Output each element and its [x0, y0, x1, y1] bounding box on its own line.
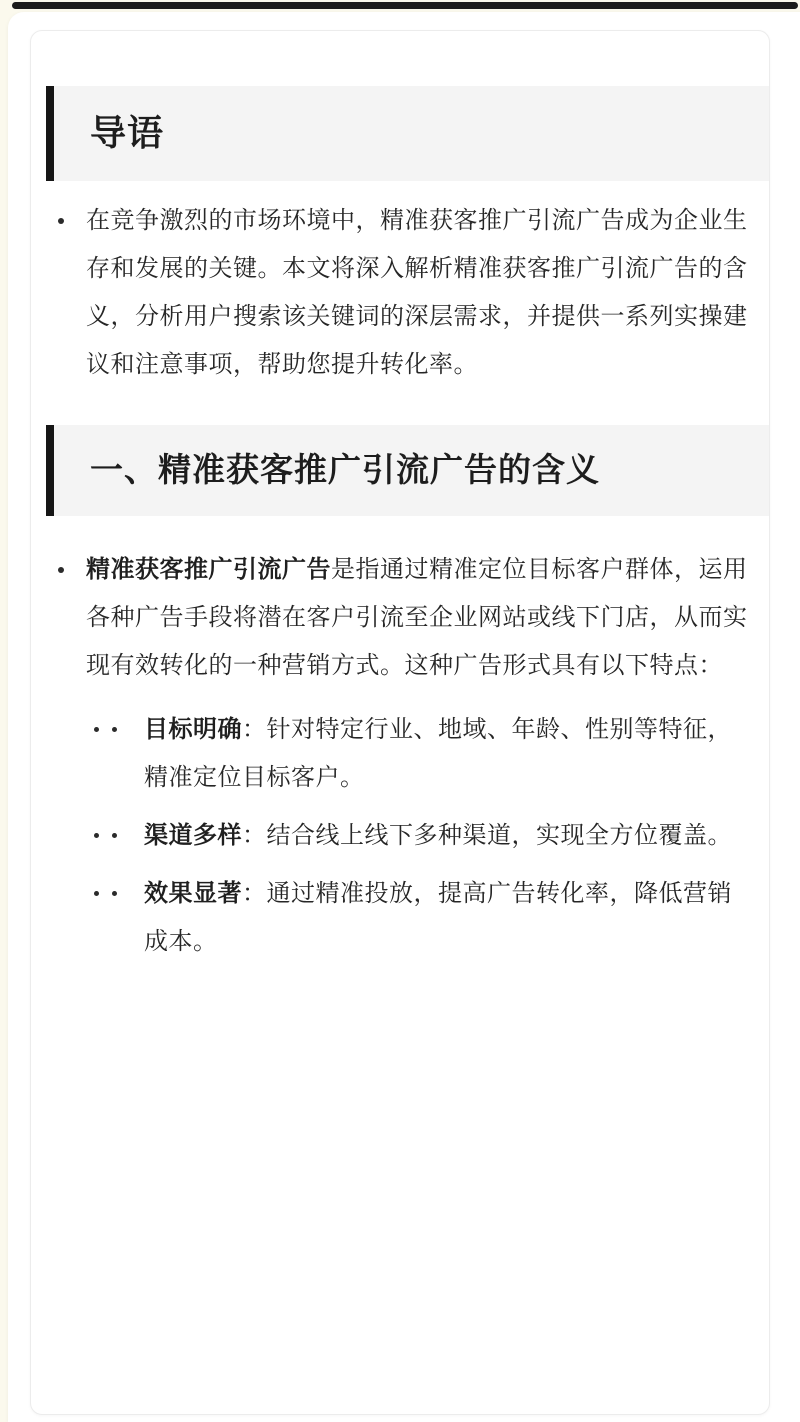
- list-item-channels: 渠道多样：结合线上线下多种渠道，实现全方位覆盖。: [94, 812, 751, 860]
- list-item-target-term: 目标明确: [144, 716, 242, 743]
- list-item-results: 效果显著：通过精准投放，提高广告转化率，降低营销成本。: [94, 870, 751, 966]
- bullet-icon: [58, 567, 64, 573]
- list-item-channels-term: 渠道多样: [144, 822, 242, 849]
- section-heading-meaning-title: 一、精准获客推广引流广告的含义: [90, 449, 600, 492]
- list-item-results-term: 效果显著: [144, 880, 242, 907]
- double-bullet-icon: [94, 727, 144, 802]
- list-item-target: 目标明确：针对特定行业、地域、年龄、性别等特征，精准定位目标客户。: [94, 706, 751, 802]
- meaning-paragraph-bold-lead: 精准获客推广引流广告: [86, 556, 331, 583]
- list-item-channels-text: 渠道多样：结合线上线下多种渠道，实现全方位覆盖。: [144, 812, 732, 860]
- list-item-channels-desc: ：结合线上线下多种渠道，实现全方位覆盖。: [242, 822, 732, 849]
- list-item-results-text: 效果显著：通过精准投放，提高广告转化率，降低营销成本。: [144, 870, 751, 966]
- double-bullet-icon: [94, 833, 144, 860]
- section-heading-meaning: 一、精准获客推广引流广告的含义: [46, 425, 769, 516]
- double-bullet-icon: [94, 891, 144, 966]
- bullet-icon: [58, 218, 64, 224]
- list-item-target-text: 目标明确：针对特定行业、地域、年龄、性别等特征，精准定位目标客户。: [144, 706, 751, 802]
- intro-paragraph-text: 在竞争激烈的市场环境中，精准获客推广引流广告成为企业生存和发展的关键。本文将深入…: [86, 197, 751, 389]
- meaning-paragraph: 精准获客推广引流广告是指通过精准定位目标客户群体，运用各种广告手段将潜在客户引流…: [56, 546, 751, 690]
- top-divider-bar: [12, 2, 798, 9]
- page-card: 导语 在竞争激烈的市场环境中，精准获客推广引流广告成为企业生存和发展的关键。本文…: [8, 12, 800, 1422]
- intro-paragraph: 在竞争激烈的市场环境中，精准获客推广引流广告成为企业生存和发展的关键。本文将深入…: [56, 197, 751, 389]
- section-heading-intro-title: 导语: [90, 110, 164, 157]
- feature-list: 目标明确：针对特定行业、地域、年龄、性别等特征，精准定位目标客户。 渠道多样：结…: [94, 706, 751, 966]
- meaning-paragraph-text: 精准获客推广引流广告是指通过精准定位目标客户群体，运用各种广告手段将潜在客户引流…: [86, 546, 751, 690]
- article-card: 导语 在竞争激烈的市场环境中，精准获客推广引流广告成为企业生存和发展的关键。本文…: [30, 30, 770, 1415]
- section-heading-intro: 导语: [46, 86, 769, 181]
